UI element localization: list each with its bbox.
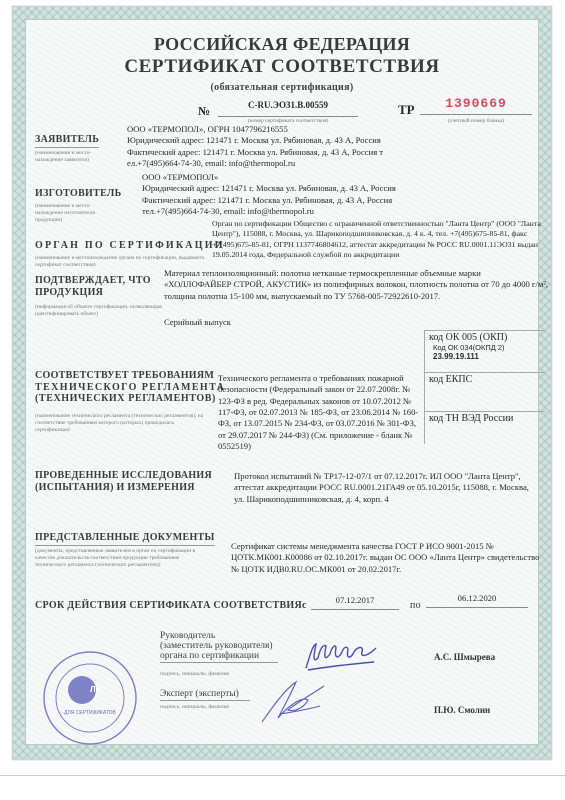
manufacturer-details: ООО «ТЕРМОПОЛ» Юридический адрес: 121471… [142,172,542,217]
head-signature [302,638,382,674]
tests-title-line: (ИСПЫТАНИЯ) И ИЗМЕРЕНИЯ [35,482,212,494]
stamp-text: ДЛЯ СЕРТИФИКАТОВ [64,710,116,716]
manufacturer-line: Юридический адрес: 121471 г. Москва ул. … [142,183,542,194]
regulations-title-line: ТЕХНИЧЕСКОГО РЕГЛАМЕНТА [35,382,225,394]
ekps-code-box: код ЕКПС [424,372,545,413]
regulations-title: СООТВЕТСТВУЕТ ТРЕБОВАНИЯМ ТЕХНИЧЕСКОГО Р… [35,370,225,405]
tests-title: ПРОВЕДЕННЫЕ ИССЛЕДОВАНИЯ (ИСПЫТАНИЯ) И И… [35,470,212,493]
documents-title: ПРЕДСТАВЛЕННЫЕ ДОКУМЕНТЫ [35,532,215,546]
validity-to-label: по [410,600,421,612]
cert-body-text: Орган по сертификации Общество с огранич… [212,219,548,260]
regulations-title-line: (ТЕХНИЧЕСКИХ РЕГЛАМЕНТОВ) [35,393,225,405]
okpd-label: Код ОК 034(ОКПД 2) [429,343,541,352]
applicant-line: Юридический адрес: 121471 г. Москва ул. … [127,135,547,146]
applicant-caption: (наименование и место-нахождение заявите… [35,150,113,164]
certification-stamp: ЛЦ ДЛЯ СЕРТИФИКАТОВ [40,648,140,748]
expert-caption: подпись, инициалы, фамилия [160,704,229,711]
documents-caption: (документы, представленные заявителем в … [35,548,205,569]
applicant-line: ел.+7(495)664-74-30, email: info@thermop… [127,158,547,169]
applicant-title: ЗАЯВИТЕЛЬ [35,134,99,148]
tnved-code-box: код ТН ВЭД России [424,411,545,444]
validity-label: СРОК ДЕЙСТВИЯ СЕРТИФИКАТА СООТВЕТСТВИЯ [35,600,302,612]
head-label-line: органа по сертификации [160,652,278,663]
product-title-line: ПОДТВЕРЖДАЕТ, ЧТО [35,275,151,287]
head-label: Руководитель (заместитель руководителя) … [160,632,278,663]
certificate-number: C-RU.ЭО31.В.00559 [218,100,358,117]
product-series: Серийный выпуск [164,317,231,328]
okp-label: код ОК 005 (ОКП) [429,332,541,343]
regulations-text: Технического регламента о требованиях по… [218,373,426,452]
expert-name: П.Ю. Смолин [434,705,490,715]
certificate-subtitle: (обязательная сертификация) [26,82,538,93]
validity-from-label: с [302,600,307,612]
applicant-line: ООО «ТЕРМОПОЛ», ОГРН 1047796216555 [127,124,547,135]
head-name: А.С. Шмырева [434,652,495,662]
validity-from-date: 07.12.2017 [311,595,399,610]
tests-title-line: ПРОВЕДЕННЫЕ ИССЛЕДОВАНИЯ [35,470,212,482]
cert-body-title: ОРГАН ПО СЕРТИФИКАЦИИ [35,240,225,252]
certificate-body: РОССИЙСКАЯ ФЕДЕРАЦИЯ СЕРТИФИКАТ СООТВЕТС… [25,19,539,745]
svg-text:ЛЦ: ЛЦ [90,685,102,694]
validity-to-date: 06.12.2020 [426,593,528,608]
blank-number: 1390669 [420,96,532,115]
head-caption: подпись, инициалы, фамилия [160,671,229,678]
regulations-title-line: СООТВЕТСТВУЕТ ТРЕБОВАНИЯМ [35,370,225,382]
product-title: ПОДТВЕРЖДАЕТ, ЧТО ПРОДУКЦИЯ [35,275,151,298]
applicant-line: Фактический адрес: 121471 г. Москва ул. … [127,147,547,158]
product-caption: (информация об объекте сертификации, поз… [35,304,165,318]
product-title-line: ПРОДУКЦИЯ [35,287,151,299]
country-title: РОССИЙСКАЯ ФЕДЕРАЦИЯ [26,34,538,55]
expert-label: Эксперт (эксперты) [160,690,250,701]
ekps-label: код ЕКПС [429,374,541,385]
tr-label: ТР [398,102,415,118]
manufacturer-caption: (наименование и место-нахождение изготов… [35,203,113,224]
okp-code-box: код ОК 005 (ОКП) Код ОК 034(ОКПД 2) 23.9… [424,330,545,377]
applicant-details: ООО «ТЕРМОПОЛ», ОГРН 1047796216555 Юриди… [127,124,547,169]
manufacturer-line: Фактический адрес: 121471 г. Москва ул. … [142,195,542,206]
regulations-caption: (наименование технического регламента (т… [35,413,205,434]
number-label: № [198,104,210,119]
manufacturer-line: тел.+7(495)664-74-30, email: info@thermo… [142,206,542,217]
manufacturer-line: ООО «ТЕРМОПОЛ» [142,172,542,183]
expert-signature [258,676,328,726]
certificate-title: СЕРТИФИКАТ СООТВЕТСТВИЯ [26,56,538,78]
documents-text: Сертификат системы менеджмента качества … [231,541,541,575]
product-text: Материал теплоизоляционный: полотна нетк… [164,268,549,302]
okpd-value: 23.99.19.111 [429,352,541,361]
certificate-sheet: РОССИЙСКАЯ ФЕДЕРАЦИЯ СЕРТИФИКАТ СООТВЕТС… [12,6,552,760]
tests-text: Протокол испытаний № ТР17-12-07/1 от 07.… [234,471,534,505]
page-divider [0,775,565,776]
manufacturer-title: ИЗГОТОВИТЕЛЬ [35,188,122,200]
tnved-label: код ТН ВЭД России [429,413,541,424]
